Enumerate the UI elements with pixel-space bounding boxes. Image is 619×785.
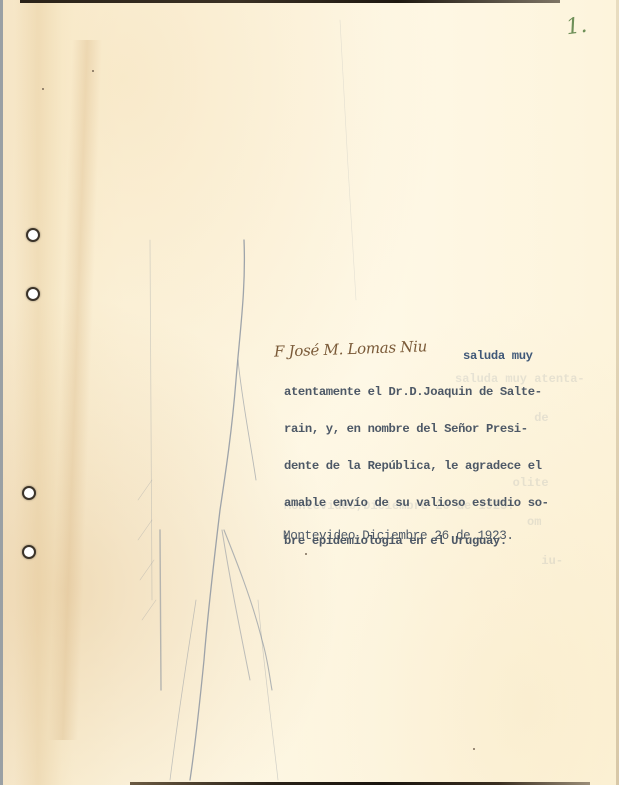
body-line: amable envío de su valioso estudio so- [284,497,549,509]
paper-speck [473,748,475,750]
scanned-letter-page: 1. saluda muy atenta- de olite om iu- Mo… [0,0,619,785]
body-line: atentamente el Dr.D.Joaquin de Salte- [284,386,549,398]
body-line: rain, y, en nombre del Señor Presi- [284,423,549,435]
closing-date-line: Montevideo,Diciembre 26 de 1923. [283,529,514,543]
page-number: 1. [564,13,588,41]
paper-speck [92,70,94,72]
paper-speck [42,88,44,90]
body-line: dente de la República, le agradece el [284,460,549,472]
